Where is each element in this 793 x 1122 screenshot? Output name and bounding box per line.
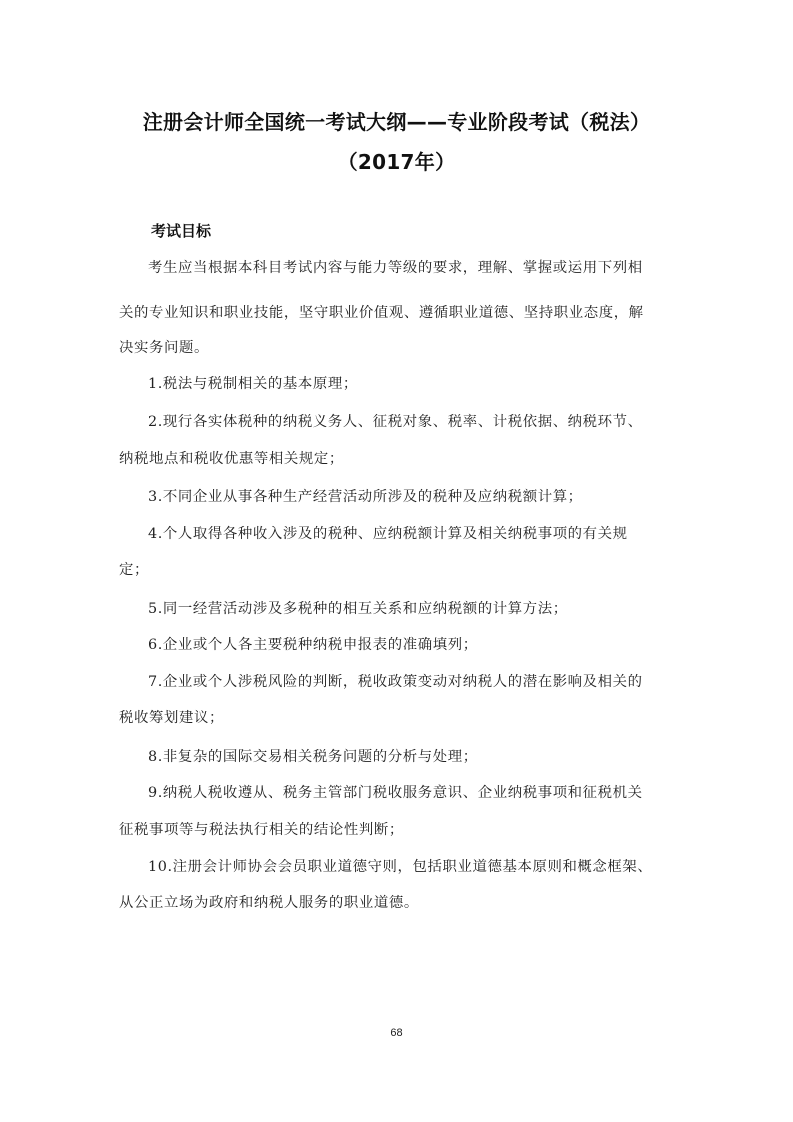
- list-item-10: 10.注册会计师协会会员职业道德守则，包括职业道德基本原则和概念框架、: [148, 855, 652, 876]
- list-item-7: 7.企业或个人涉税风险的判断，税收政策变动对纳税人的潜在影响及相关的: [148, 670, 643, 691]
- list-item-7-continued: 税收筹划建议；: [119, 706, 224, 727]
- document-title: 注册会计师全国统一考试大纲——专业阶段考试（税法）: [0, 106, 793, 135]
- intro-paragraph-line: 关的专业知识和职业技能，坚守职业价值观、遵循职业道德、坚持职业态度，解: [119, 301, 644, 322]
- list-item-2-continued: 纳税地点和税收优惠等相关规定；: [119, 447, 344, 468]
- list-item-3: 3.不同企业从事各种生产经营活动所涉及的税种及应纳税额计算；: [148, 485, 583, 506]
- list-item-6: 6.企业或个人各主要税种纳税申报表的准确填列；: [148, 633, 478, 654]
- list-item-2: 2.现行各实体税种的纳税义务人、征税对象、税率、计税依据、纳税环节、: [148, 410, 643, 431]
- page-number: 68: [0, 1027, 793, 1039]
- document-subtitle-year: （2017年）: [0, 146, 793, 175]
- intro-paragraph-line: 决实务问题。: [119, 336, 209, 357]
- list-item-9-continued: 征税事项等与税法执行相关的结论性判断；: [119, 818, 404, 839]
- list-item-4: 4.个人取得各种收入涉及的税种、应纳税额计算及相关纳税事项的有关规: [148, 522, 628, 543]
- list-item-5: 5.同一经营活动涉及多税种的相互关系和应纳税额的计算方法；: [148, 597, 568, 618]
- list-item-4-continued: 定；: [119, 558, 149, 579]
- list-item-8: 8.非复杂的国际交易相关税务问题的分析与处理；: [148, 745, 478, 766]
- intro-paragraph-line: 考生应当根据本科目考试内容与能力等级的要求，理解、掌握或运用下列相: [148, 256, 643, 277]
- document-page: 注册会计师全国统一考试大纲——专业阶段考试（税法） （2017年） 考试目标 考…: [0, 0, 793, 1122]
- list-item-9: 9.纳税人税收遵从、税务主管部门税收服务意识、企业纳税事项和征税机关: [148, 781, 643, 802]
- section-heading-exam-objectives: 考试目标: [151, 220, 211, 241]
- list-item-1: 1.税法与税制相关的基本原理；: [148, 372, 358, 393]
- list-item-10-continued: 从公正立场为政府和纳税人服务的职业道德。: [119, 891, 419, 912]
